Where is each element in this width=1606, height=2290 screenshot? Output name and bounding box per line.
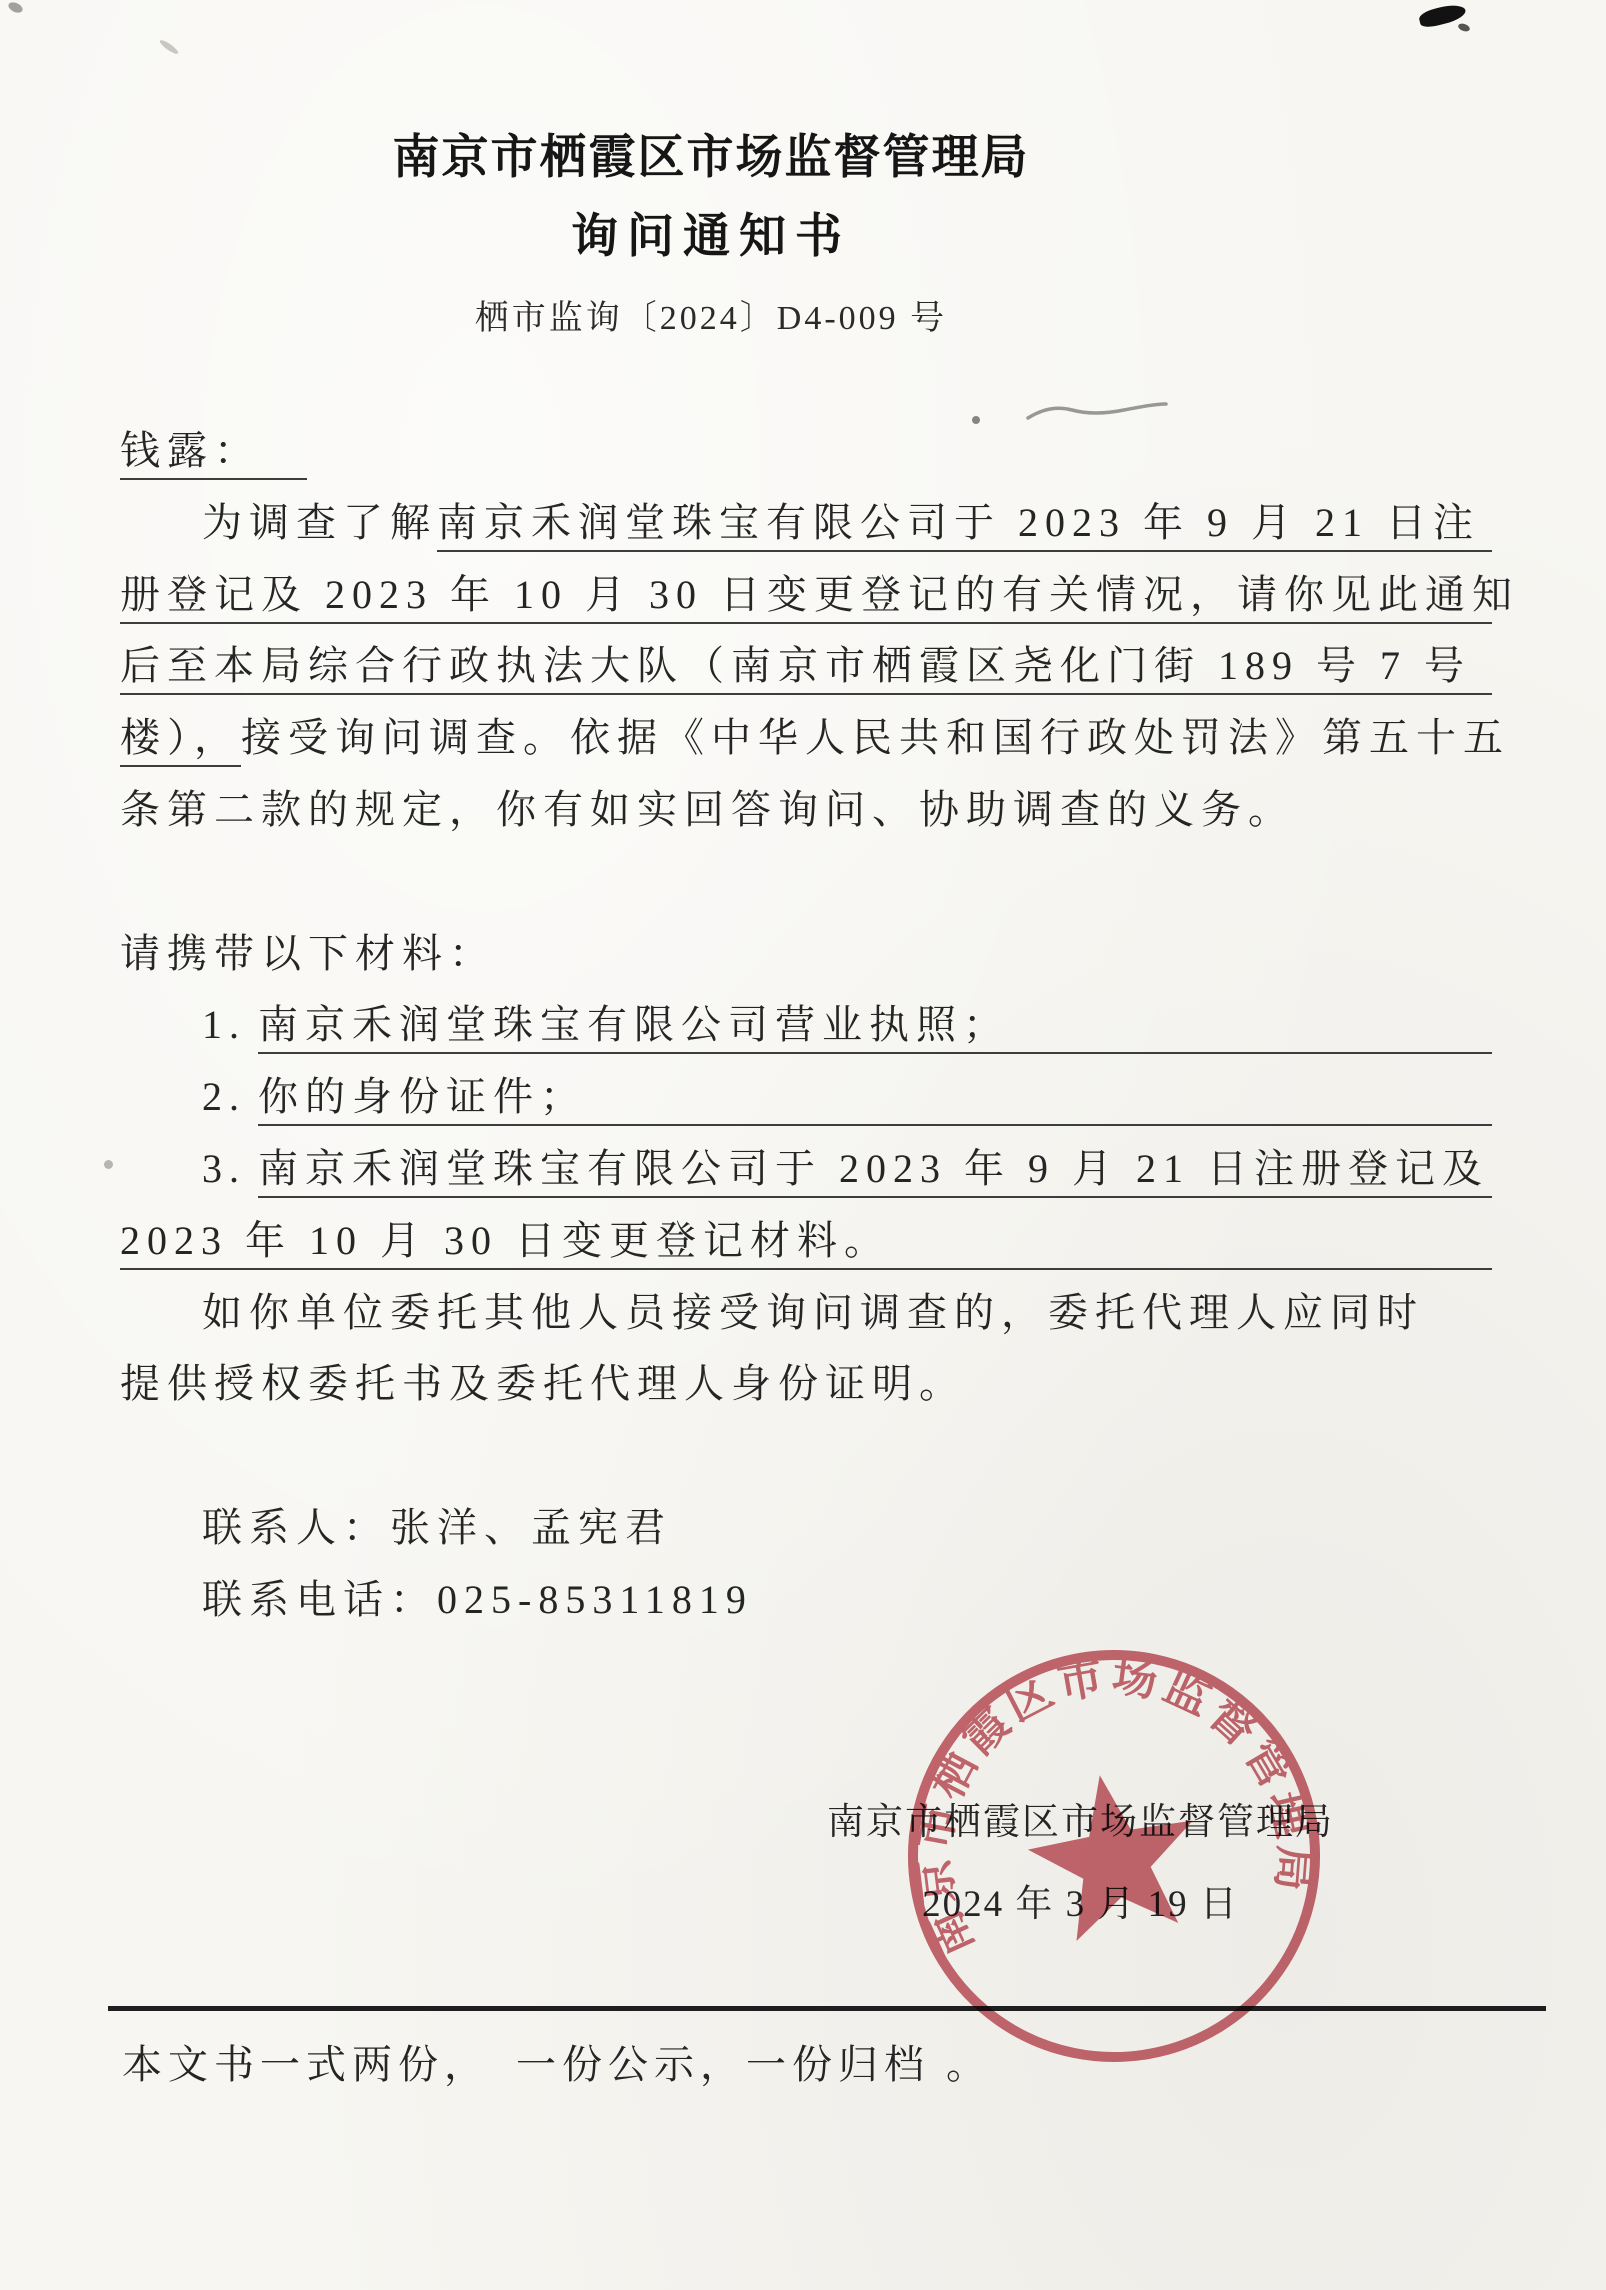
list-item: 3.南京禾润堂珠宝有限公司于 2023 年 9 月 21 日注册登记及 <box>120 1142 1492 1214</box>
document-header: 南京市栖霞区市场监督管理局 询问通知书 栖市监询〔2024〕D4-009 号 <box>120 120 1492 339</box>
footer-divider <box>108 2006 1546 2011</box>
addressee: 钱露： <box>120 424 307 480</box>
item-text: 你的身份证件； <box>258 1070 1492 1126</box>
item-text: 2023 年 10 月 30 日变更登记材料。 <box>120 1214 1492 1270</box>
item-number: 3. <box>202 1142 258 1196</box>
scan-artifact-speck <box>104 1160 113 1169</box>
item-text: 南京禾润堂珠宝有限公司营业执照； <box>258 998 1492 1054</box>
item-number: 2. <box>202 1070 258 1124</box>
blank-line <box>120 855 1492 927</box>
signature-block: 南京市栖霞区市场监督管理局 2024 年 3 月 19 日 <box>827 1782 1334 1946</box>
text-line: 条第二款的规定，你有如实回答询问、协助调查的义务。 <box>120 783 1492 855</box>
text-line: 后至本局综合行政执法大队（南京市栖霞区尧化门街 189 号 7 号 <box>120 639 1492 711</box>
footer-note: 本文书一式两份， 一份公示，一份归档 。 <box>122 2038 992 2092</box>
materials-heading: 请携带以下材料： <box>120 927 496 981</box>
list-item: 2.你的身份证件； <box>120 1070 1492 1142</box>
plain-text: 提供授权委托书及委托代理人身份证明。 <box>120 1357 966 1411</box>
scan-artifact-speck <box>158 38 179 56</box>
list-item-continuation: 2023 年 10 月 30 日变更登记材料。 <box>120 1214 1492 1286</box>
contact-phone: 联系电话：025-85311819 <box>202 1573 753 1627</box>
scan-artifact-corner <box>7 0 24 14</box>
underlined-text: 南京禾润堂珠宝有限公司于 2023 年 9 月 21 日注 <box>437 496 1492 552</box>
item-number: 1. <box>202 998 258 1052</box>
blank-line <box>120 1429 1492 1501</box>
contact-person: 联系人：张洋、孟宪君 <box>202 1501 672 1555</box>
plain-text: 条第二款的规定，你有如实回答询问、协助调查的义务。 <box>120 783 1295 837</box>
text-line: 楼），接受询问调查。依据《中华人民共和国行政处罚法》第五十五 <box>120 711 1492 783</box>
document-page: 南京市栖霞区市场监督管理局 询问通知书 栖市监询〔2024〕D4-009 号 钱… <box>0 0 1606 2290</box>
contact-person-line: 联系人：张洋、孟宪君 <box>120 1501 1492 1573</box>
text-line: 为调查了解南京禾润堂珠宝有限公司于 2023 年 9 月 21 日注 <box>120 496 1492 568</box>
issuing-authority-title: 南京市栖霞区市场监督管理局 <box>120 120 1302 187</box>
contact-phone-line: 联系电话：025-85311819 <box>120 1573 1492 1645</box>
plain-text: 如你单位委托其他人员接受询问调查的，委托代理人应同时 <box>202 1286 1424 1340</box>
underlined-text: 册登记及 2023 年 10 月 30 日变更登记的有关情况，请你见此通知 <box>120 568 1492 624</box>
text-line: 如你单位委托其他人员接受询问调查的，委托代理人应同时 <box>120 1286 1492 1358</box>
underlined-text: 后至本局综合行政执法大队（南京市栖霞区尧化门街 189 号 7 号 <box>120 639 1492 695</box>
list-item: 1.南京禾润堂珠宝有限公司营业执照； <box>120 998 1492 1070</box>
paragraph-lead: 为调查了解 <box>202 496 437 550</box>
issuer-name: 南京市栖霞区市场监督管理局 <box>827 1782 1334 1864</box>
document-number: 栖市监询〔2024〕D4-009 号 <box>120 290 1302 339</box>
document-type-title: 询问通知书 <box>120 199 1302 266</box>
text-line: 册登记及 2023 年 10 月 30 日变更登记的有关情况，请你见此通知 <box>120 568 1492 640</box>
scan-artifact-blob-small <box>1457 22 1471 33</box>
item-text: 南京禾润堂珠宝有限公司于 2023 年 9 月 21 日注册登记及 <box>258 1142 1492 1198</box>
materials-heading-line: 请携带以下材料： <box>120 927 1492 999</box>
document-body: 钱露： 为调查了解南京禾润堂珠宝有限公司于 2023 年 9 月 21 日注 册… <box>120 424 1492 1645</box>
underlined-text: 楼）， <box>120 711 241 767</box>
issue-date: 2024 年 3 月 19 日 <box>827 1864 1334 1946</box>
text-line: 提供授权委托书及委托代理人身份证明。 <box>120 1357 1492 1429</box>
plain-text: 接受询问调查。依据《中华人民共和国行政处罚法》第五十五 <box>241 711 1510 765</box>
addressee-line: 钱露： <box>120 424 1492 496</box>
